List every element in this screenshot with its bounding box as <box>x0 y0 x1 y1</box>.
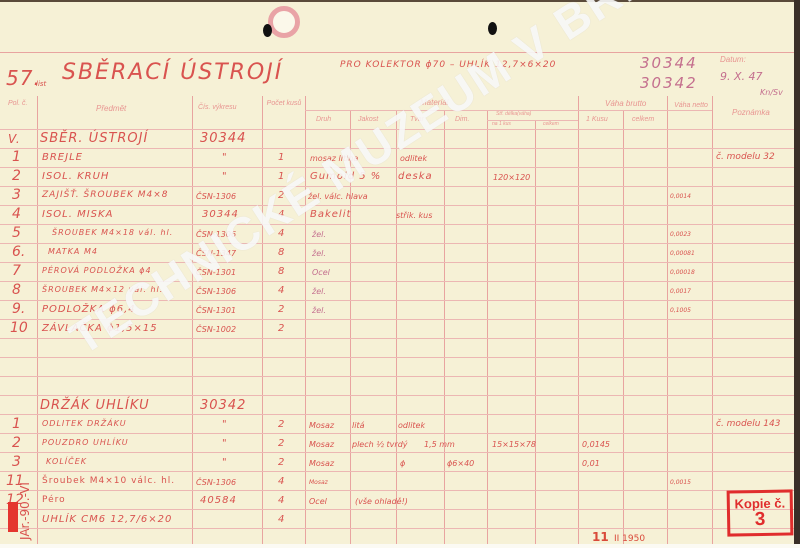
row-kind: Bakelit <box>310 209 351 220</box>
row-divider <box>0 376 794 377</box>
col-header-per-piece: na 1 kus <box>492 121 511 127</box>
row-divider <box>0 357 794 358</box>
row-item: ZAJIŠŤ. ŠROUBEK M4×8 <box>42 190 169 200</box>
row-drawing: ČSN-1002 <box>196 325 236 334</box>
row-pos: 1 <box>12 149 21 165</box>
row-drawing: " <box>222 438 228 449</box>
row-item: ISOL. MISKA <box>42 209 113 220</box>
section-drawing: 30342 <box>200 398 246 413</box>
row-drawing: " <box>222 152 228 163</box>
row-cut: 15×15×78 <box>492 440 536 449</box>
row-pos: 2 <box>12 168 21 184</box>
row-item: ZÁVLAČKA ϕ1,5×15 <box>42 323 158 334</box>
row-count: 1 <box>278 171 285 182</box>
row-quality: plech ½ tvrdý <box>352 440 408 449</box>
row-dim: ϕ6×40 <box>447 459 474 468</box>
row-count: 2 <box>278 438 285 449</box>
col-header-weight-total: celkem <box>632 116 654 123</box>
col-divider <box>487 110 488 546</box>
row-drawing: ČSN-1347 <box>196 249 236 258</box>
row-divider <box>0 471 794 472</box>
row-item: ŠROUBEK M4×12 vál. hl. <box>42 285 163 294</box>
col-divider <box>535 120 536 546</box>
received-stamp-day: 11 <box>592 530 609 544</box>
received-stamp-date: II 1950 <box>614 534 645 544</box>
row-pos: 6. <box>12 244 25 260</box>
document-title: SBĚRACÍ ÚSTROJÍ <box>62 60 283 85</box>
scan-bottom-edge <box>0 544 800 548</box>
date-label: Datum: <box>720 55 746 64</box>
col-divider <box>623 110 624 546</box>
row-pos: 3 <box>12 187 21 203</box>
scan-right-edge <box>794 0 800 548</box>
row-divider <box>0 262 794 263</box>
row-drawing: 40584 <box>200 495 237 506</box>
col-divider <box>712 96 713 546</box>
row-pos: 1 <box>12 416 21 432</box>
col-divider <box>578 96 579 546</box>
row-weight-netto: 0,0023 <box>670 231 691 238</box>
col-divider <box>262 96 263 546</box>
row-divider <box>0 509 794 510</box>
col-divider <box>667 96 668 546</box>
row-form: 1,5 mm <box>424 440 455 449</box>
section-title: DRŽÁK UHLÍKU <box>40 398 150 413</box>
sheet-sub: list <box>36 80 46 88</box>
col-header-material: Materiál <box>420 98 448 107</box>
row-count: 2 <box>278 419 285 430</box>
col-header-count: Počet kusů <box>266 100 302 107</box>
row-count: 4 <box>278 228 285 239</box>
row-pos: 9. <box>12 301 25 317</box>
col-header-dim: Dim. <box>455 116 469 123</box>
row-divider <box>0 338 794 339</box>
col-divider <box>192 96 193 546</box>
row-divider <box>0 224 794 225</box>
row-count: 2 <box>278 190 285 201</box>
row-divider <box>0 129 794 130</box>
row-kind: Ocel <box>309 497 327 506</box>
row-drawing: " <box>222 457 228 468</box>
row-drawing: ČSN-1301 <box>196 268 236 277</box>
drawing-number-2: 30342 <box>640 74 698 92</box>
copy-stamp: Kopie č. 3 <box>727 489 794 536</box>
row-kind: Mosaz <box>309 440 334 449</box>
col-divider <box>396 110 397 546</box>
col-header-note: Poznámka <box>732 108 770 117</box>
row-pos: 10 <box>10 320 28 336</box>
row-pos: 3 <box>12 454 21 470</box>
row-form: deska <box>398 171 433 182</box>
row-item: PODLOŽKA ϕ6,4 <box>42 304 136 315</box>
row-count: 4 <box>278 514 285 525</box>
row-divider <box>0 167 794 168</box>
punch-hole-icon <box>488 22 497 35</box>
row-drawing: 30344 <box>202 209 239 220</box>
row-weight-netto: 0,0015 <box>670 479 691 486</box>
row-form: odlitek <box>398 421 425 430</box>
row-kind: Gumoid 5 % <box>310 171 381 182</box>
row-item: BREJLE <box>42 152 83 163</box>
row-divider <box>0 205 794 206</box>
row-kind: žel. <box>312 306 326 315</box>
col-header-weight-one: 1 Kusu <box>586 116 608 123</box>
row-divider <box>0 414 794 415</box>
row-item: MATKA M4 <box>48 247 98 256</box>
punch-hole-ring-icon <box>268 6 300 38</box>
row-form: střik. kus <box>396 211 432 220</box>
col-header-weight-netto: Váha netto <box>672 102 710 109</box>
row-count: 4 <box>278 476 285 487</box>
row-divider <box>0 528 794 529</box>
row-weight-netto: 0,00081 <box>670 250 695 257</box>
scan-top-edge <box>0 0 800 2</box>
row-divider <box>0 300 794 301</box>
row-divider <box>0 490 794 491</box>
row-item: PÉROVÁ PODLOŽKA ϕ4 <box>42 266 152 275</box>
row-count: 1 <box>278 152 285 163</box>
row-form: odlitek <box>400 154 427 163</box>
row-quality: litá <box>352 421 364 430</box>
row-divider <box>0 186 794 187</box>
col-header-weight: Váha brutto <box>605 99 646 108</box>
row-divider <box>0 452 794 453</box>
col-header-pos: Pol. č. <box>8 100 27 107</box>
row-item: Péro <box>42 495 66 505</box>
row-drawing: " <box>222 419 228 430</box>
col-header-kind: Druh <box>316 116 331 123</box>
row-item: ISOL. KRUH <box>42 171 109 182</box>
row-kind: žel. <box>312 287 326 296</box>
row-weight-netto: 0,0014 <box>670 193 691 200</box>
row-drawing: ČSN-1301 <box>196 306 236 315</box>
col-header-total: celkem <box>543 121 559 127</box>
header-rule <box>0 52 794 53</box>
row-drawing: ČSN-1306 <box>196 287 236 296</box>
row-count: 4 <box>278 209 285 220</box>
row-divider <box>0 243 794 244</box>
row-item: Šroubek M4×10 válc. hl. <box>42 476 175 486</box>
row-note: č. modelu 143 <box>716 419 780 429</box>
red-margin-mark <box>8 502 18 532</box>
row-weight-netto: 0,00018 <box>670 269 695 276</box>
row-item: POUZDRO UHLÍKU <box>42 438 129 447</box>
row-kind: Mosaz <box>309 421 334 430</box>
section-pos: V. <box>8 132 21 146</box>
row-count: 2 <box>278 457 285 468</box>
row-note: č. modelu 32 <box>716 152 775 162</box>
drawing-number-1: 30344 <box>640 54 698 72</box>
row-cut: 120×120 <box>493 173 530 182</box>
row-divider <box>0 433 794 434</box>
col-divider <box>444 110 445 546</box>
row-pos: 4 <box>12 206 21 222</box>
row-divider <box>0 395 794 396</box>
row-divider <box>0 148 794 149</box>
row-form: ϕ <box>400 459 405 468</box>
col-header-item: Předmět <box>96 104 126 113</box>
row-divider <box>0 281 794 282</box>
row-count: 4 <box>278 495 285 506</box>
date-value: 9. X. 47 <box>720 70 763 83</box>
col-header-quality: Jakost <box>358 116 378 123</box>
parts-table: Pol. č. Předmět Čís. výkresu Počet kusů … <box>0 96 794 546</box>
row-pos: 5 <box>12 225 21 241</box>
row-count: 2 <box>278 304 285 315</box>
row-weight-netto: 0,0017 <box>670 288 691 295</box>
row-kind: Mosaz <box>309 479 328 486</box>
col-divider <box>305 96 306 546</box>
row-weight-one: 0,0145 <box>582 440 610 449</box>
row-drawing: ČSN-1306 <box>196 230 236 239</box>
col-header-cut-length: Stř. délka(váha) <box>496 111 531 117</box>
row-weight-netto: 0,1005 <box>670 307 691 314</box>
row-kind: Ocel <box>312 268 330 277</box>
section-title: SBĚR. ÚSTROJÍ <box>40 131 148 146</box>
row-weight-one: 0,01 <box>582 459 600 468</box>
row-item: ŠROUBEK M4×18 vál. hl. <box>52 228 173 237</box>
row-kind: žel. <box>312 249 326 258</box>
row-item: UHLÍK CM6 12,7/6×20 <box>42 514 172 525</box>
row-count: 8 <box>278 247 285 258</box>
row-kind: mosaz litina <box>310 154 358 163</box>
col-header-form: Tvar <box>410 116 424 123</box>
col-header-drawing: Čís. výkresu <box>198 104 237 111</box>
row-quality: (vše ohladě!) <box>355 497 408 506</box>
row-drawing: " <box>222 171 228 182</box>
side-annotation: JAr.-90.-VI <box>18 482 32 540</box>
row-count: 8 <box>278 266 285 277</box>
row-drawing: ČSN-1306 <box>196 192 236 201</box>
row-drawing: ČSN-1306 <box>196 478 236 487</box>
row-item: KOLÍČEK <box>46 457 87 466</box>
row-pos: 7 <box>12 263 21 279</box>
row-kind: Mosaz <box>309 459 334 468</box>
row-item: ODLITEK DRŽÁKU <box>42 419 127 428</box>
row-count: 4 <box>278 285 285 296</box>
section-drawing: 30344 <box>200 131 246 146</box>
row-divider <box>0 319 794 320</box>
row-kind: žel. válc. hlava <box>308 192 368 201</box>
row-kind: žel. <box>312 230 326 239</box>
row-pos: 8 <box>12 282 21 298</box>
for-collector-text: PRO KOLEKTOR ϕ70 – UHLÍK 12,7×6×20 <box>340 60 556 70</box>
row-count: 2 <box>278 323 285 334</box>
punch-hole-icon <box>263 24 272 37</box>
col-divider <box>37 96 38 546</box>
row-pos: 2 <box>12 435 21 451</box>
copy-stamp-number: 3 <box>730 509 790 529</box>
